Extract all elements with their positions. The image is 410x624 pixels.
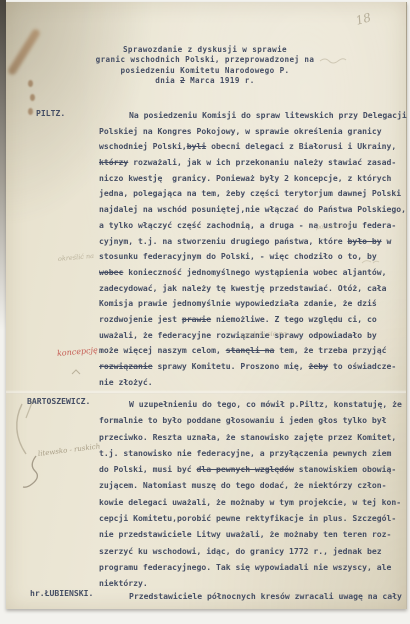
typed-text: Sprawozdanie z dyskusji w sprawie	[123, 45, 287, 54]
typed-line: nie złożyć.	[99, 375, 407, 391]
typed-line: kowie delegaci uważali, że możnaby w tym…	[99, 494, 407, 510]
typed-text: uważali, że federacyjne rozwiązanie spra…	[99, 330, 377, 340]
typed-line: może więcej naszym celom, stanęli na tem…	[99, 343, 407, 359]
typed-line: szerzyć ku wschodowi, idąc, do granicy 1…	[99, 543, 407, 559]
typed-line: najdalej na wschód posuniętej,nie włącza…	[99, 202, 407, 218]
title-line-4: dnia 2 Marca 1919 r.	[60, 76, 350, 86]
typed-line: do Polski, musi być dla pewnych względów…	[99, 461, 407, 477]
typed-line: zującem. Natomiast muszę do tego dodać, …	[99, 477, 407, 493]
struck-text: było by	[348, 236, 382, 246]
typed-text: cyjnym, t.j. na stworzeniu drugiego pańs…	[99, 236, 348, 246]
typed-text: stanowiskiem obowią-	[294, 464, 396, 474]
scanned-document: { "page_number_note": "18", "title": { "…	[0, 0, 410, 624]
struck-text: wobec	[99, 267, 123, 277]
typed-line: W uzupełnieniu do tego, co mówił p.Piltz…	[99, 396, 407, 412]
typed-text: jedna, polegająca na tem, żeby części te…	[99, 188, 401, 198]
typed-text: granic wschodnich Polski, przeprowadzone…	[96, 55, 315, 64]
typed-text: Komisja prawie jednomyślnie wypowiedział…	[99, 298, 377, 308]
typed-text: tem, że trzeba przyjąć	[274, 345, 386, 355]
paper-crease	[6, 390, 406, 394]
typed-line: przeciwko. Reszta uznała, że stanowisko …	[99, 429, 407, 445]
typed-line: stosunku federacyjnym do Polski, - więc …	[99, 249, 407, 265]
typed-text: szerzyć ku wschodowi, idąc, do granicy 1…	[99, 546, 382, 556]
typed-line: nie przedstawiciele Litwy uważali, że mo…	[99, 526, 407, 542]
speaker-label-bartoszewicz: BARTOSZEWICZ.	[27, 396, 90, 406]
typed-line: rozwiązanie sprawy Komitetu. Proszono mi…	[99, 359, 407, 375]
typed-line: t.j. stanowisko nie federacyjne, a przył…	[99, 445, 407, 461]
typed-line: cepcji Komitetu,porobić pewne rektyfikac…	[99, 510, 407, 526]
typed-line: formalnie to było poddane głosowaniu i j…	[99, 412, 407, 428]
typed-text: zadecydować, jak należy tę kwestję przed…	[99, 283, 387, 293]
typed-text: programu federacyjnego. Tak się wypowiad…	[99, 562, 391, 572]
typed-text: niektórzy.	[99, 578, 148, 588]
typed-line: zadecydować, jak należy tę kwestję przed…	[99, 281, 407, 297]
title-line-1: Sprawozdanie z dyskusji w sprawie	[60, 45, 350, 55]
speaker-label-piltz: PILTZ.	[36, 108, 65, 118]
typed-text: rozważali, jak w ich przekonaniu należy …	[128, 157, 396, 167]
typed-text: konieczność jednomyślnego wystąpienia wo…	[123, 267, 386, 277]
title-line-2: granic wschodnich Polski, przeprowadzone…	[60, 55, 350, 65]
typed-text: sprawy Komitetu. Proszono mię,	[153, 361, 309, 371]
rust-dot	[30, 94, 35, 101]
typed-line: jedna, polegająca na tem, żeby części te…	[99, 186, 407, 202]
typed-text: niemożliwe. Z tego względu ci, co	[211, 314, 377, 324]
typed-text: Polskiej na Kongres Pokojowy, w sprawie …	[99, 126, 382, 136]
typed-text: obecni delegaci z Białorusi i Ukrainy,	[206, 141, 396, 151]
typed-text: cepcji Komitetu,porobić pewne rektyfikac…	[99, 513, 396, 523]
struck-text: którzy	[99, 157, 128, 167]
struck-text: byli	[187, 141, 207, 151]
typed-text: najdalej na wschód posuniętej,nie włącza…	[99, 204, 406, 214]
typed-line: wschodniej Polski,byli obecni delegaci z…	[99, 139, 407, 155]
struck-text: prawie	[182, 314, 211, 324]
typed-text: to oświadcze-	[328, 361, 396, 371]
typed-text: posiedzeniu Komitetu Narodowego P.	[120, 66, 289, 75]
speaker-label-hrubienski: hr.ŁUBIENSKI.	[30, 588, 93, 598]
typed-line: rozdwojenie jest prawie niemożliwe. Z te…	[99, 312, 407, 328]
typed-text: W uzupełnieniu do tego, co mówił p.Piltz…	[129, 399, 402, 409]
typed-line: a tylko włączyć część zachodnią, a druga…	[99, 218, 407, 234]
typed-line: Polskiej na Kongres Pokojowy, w sprawie …	[99, 124, 407, 140]
typed-text: zującem. Natomiast muszę do tego dodać, …	[99, 480, 387, 490]
typed-text: t.j. stanowisko nie federacyjne, a przył…	[99, 448, 391, 458]
typed-line: Komisja prawie jednomyślnie wypowiedział…	[99, 296, 407, 312]
title-line-3: posiedzeniu Komitetu Narodowego P.	[60, 66, 350, 76]
typed-text: przeciwko. Reszta uznała, że stanowisko …	[99, 432, 396, 442]
struck-text: rozwiązanie	[99, 361, 153, 371]
rust-stain	[7, 28, 41, 76]
typed-text: dnia	[155, 76, 180, 85]
typed-line: wobec konieczność jednomyślnego wystąpie…	[99, 265, 407, 281]
typed-text: wschodniej Polski,	[99, 141, 187, 151]
struck-text: dla pewnych względów	[196, 464, 293, 474]
handwritten-note: zgodzili się na	[240, 329, 287, 339]
typed-text: Marca 1919 r.	[185, 76, 255, 85]
typed-line: Przedstawiciele północnych kresów zwraca…	[99, 588, 407, 604]
typed-text: w	[382, 236, 392, 246]
typed-text: stosunku federacyjnym do Polski, - więc …	[99, 251, 377, 261]
typed-text: nie złożyć.	[99, 377, 153, 387]
struck-text: stanęli na	[226, 345, 275, 355]
rust-dot	[28, 80, 33, 87]
typed-line: cyjnym, t.j. na stworzeniu drugiego pańs…	[99, 234, 407, 250]
typed-text: Na posiedzeniu Komisji do spraw litewski…	[129, 110, 407, 120]
struck-text: żeby	[309, 361, 329, 371]
typed-text: formalnie to było poddane głosowaniu i j…	[99, 415, 387, 425]
typed-text: nie przedstawiciele Litwy uważali, że mo…	[99, 529, 391, 539]
typed-text: Przedstawiciele północnych kresów zwraca…	[129, 591, 402, 601]
typed-text: może więcej naszym celom,	[99, 345, 226, 355]
speech-paragraph: W uzupełnieniu do tego, co mówił p.Piltz…	[99, 396, 407, 592]
typed-line: którzy rozważali, jak w ich przekonaniu …	[99, 155, 407, 171]
typed-text: kowie delegaci uważali, że możnaby w tym…	[99, 497, 401, 507]
typed-line: programu federacyjnego. Tak się wypowiad…	[99, 559, 407, 575]
typed-line: Na posiedzeniu Komisji do spraw litewski…	[99, 108, 407, 124]
typed-text: niczo kwestję granicy. Ponieważ były 2 k…	[99, 173, 391, 183]
typed-line: niczo kwestję granicy. Ponieważ były 2 k…	[99, 171, 407, 187]
typed-text: do Polski, musi być	[99, 464, 196, 474]
document-title: Sprawozdanie z dyskusji w sprawiegranic …	[60, 45, 350, 86]
typed-text: rozdwojenie jest	[99, 314, 182, 324]
rust-dot	[28, 108, 33, 115]
speech-paragraph: Przedstawiciele północnych kresów zwraca…	[99, 588, 407, 604]
speech-paragraph: Na posiedzeniu Komisji do spraw litewski…	[99, 108, 407, 390]
